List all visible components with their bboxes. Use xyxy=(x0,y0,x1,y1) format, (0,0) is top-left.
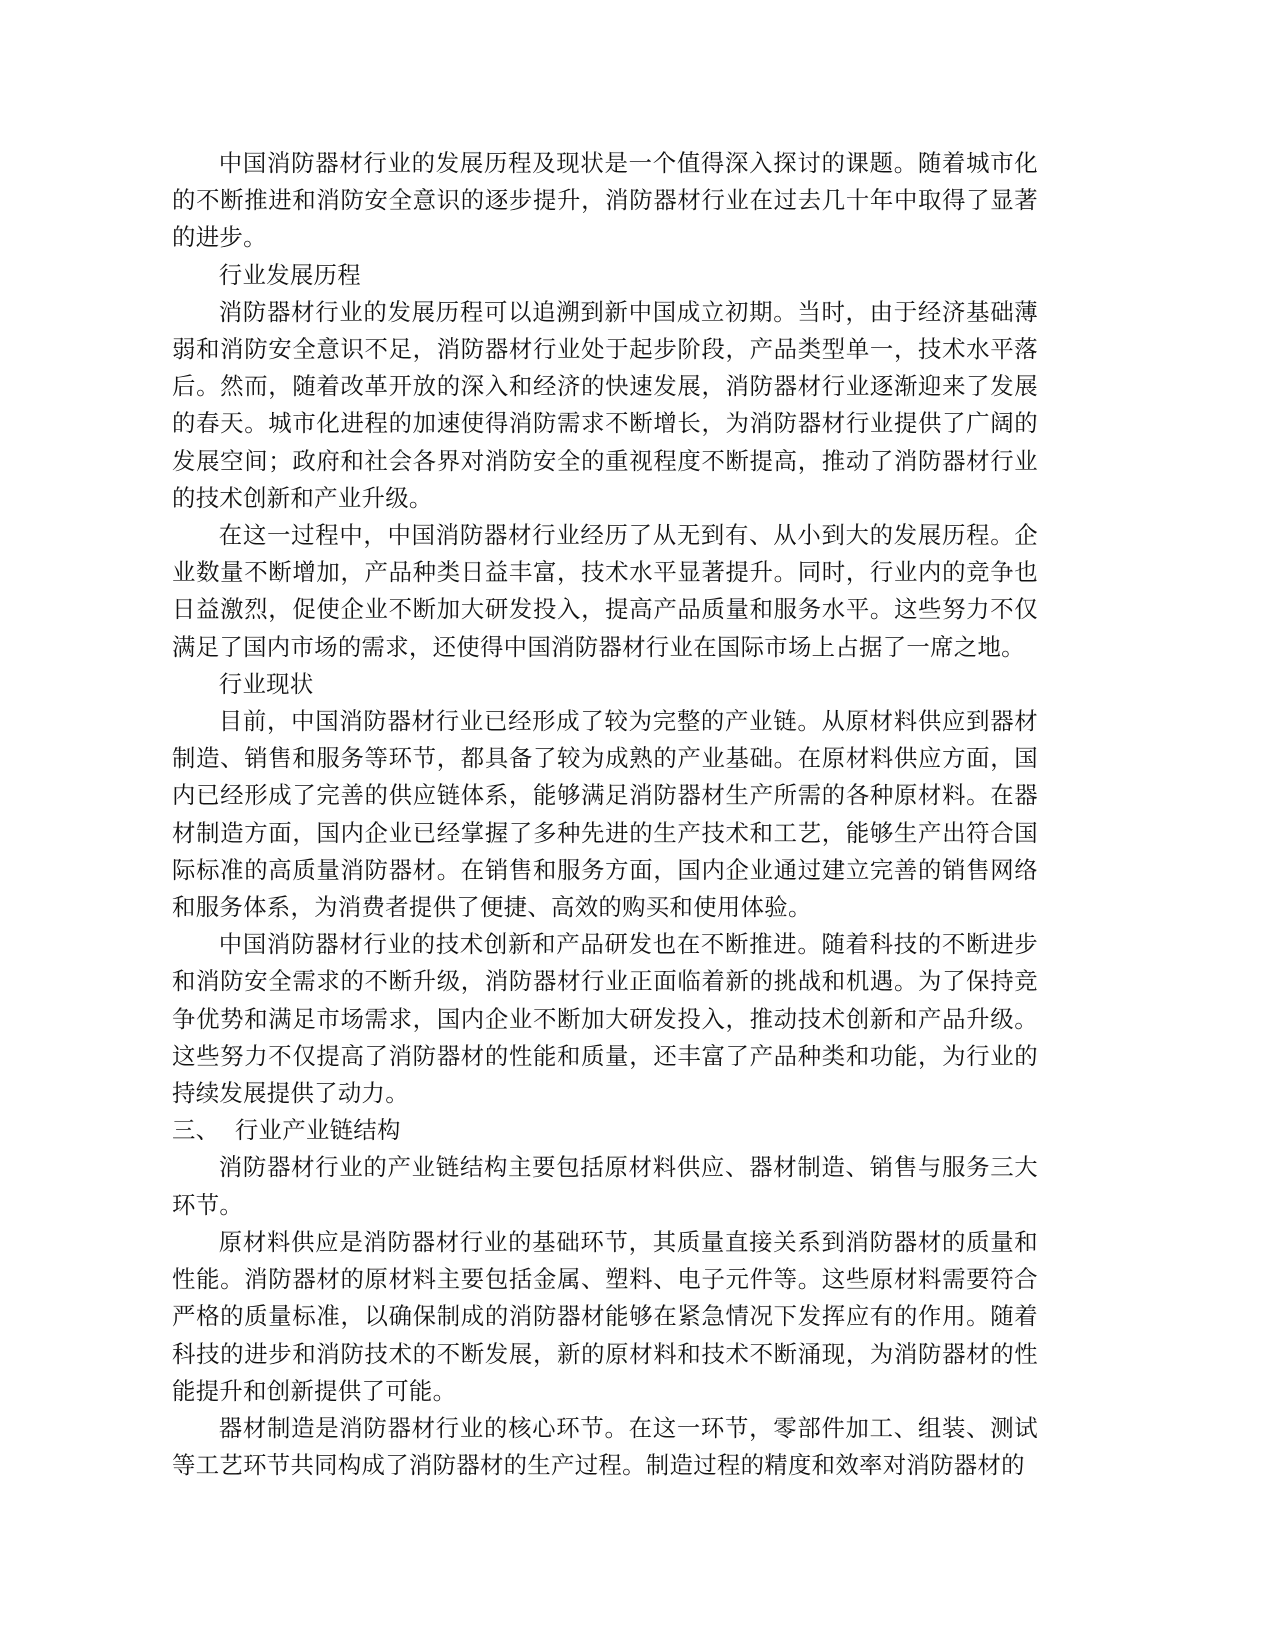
raw-materials-paragraph: 原材料供应是消防器材行业的基础环节，其质量直接关系到消防器材的质量和性能。消防器… xyxy=(172,1224,1038,1410)
status-industry-chain-paragraph: 目前，中国消防器材行业已经形成了较为完整的产业链。从原材料供应到器材制造、销售和… xyxy=(172,703,1038,926)
history-process-paragraph: 在这一过程中，中国消防器材行业经历了从无到有、从小到大的发展历程。企业数量不断增… xyxy=(172,517,1038,666)
subheading-development-history: 行业发展历程 xyxy=(172,257,1038,294)
history-paragraph: 消防器材行业的发展历程可以追溯到新中国成立初期。当时，由于经济基础薄弱和消防安全… xyxy=(172,294,1038,517)
section-heading-industry-chain: 三、 行业产业链结构 xyxy=(172,1112,1038,1149)
document-page: 中国消防器材行业的发展历程及现状是一个值得深入探讨的课题。随着城市化的不断推进和… xyxy=(172,145,1038,1484)
chain-overview-paragraph: 消防器材行业的产业链结构主要包括原材料供应、器材制造、销售与服务三大环节。 xyxy=(172,1149,1038,1223)
subheading-current-status: 行业现状 xyxy=(172,666,1038,703)
manufacturing-paragraph: 器材制造是消防器材行业的核心环节。在这一环节，零部件加工、组装、测试等工艺环节共… xyxy=(172,1410,1038,1484)
intro-paragraph: 中国消防器材行业的发展历程及现状是一个值得深入探讨的课题。随着城市化的不断推进和… xyxy=(172,145,1038,257)
status-innovation-paragraph: 中国消防器材行业的技术创新和产品研发也在不断推进。随着科技的不断进步和消防安全需… xyxy=(172,926,1038,1112)
